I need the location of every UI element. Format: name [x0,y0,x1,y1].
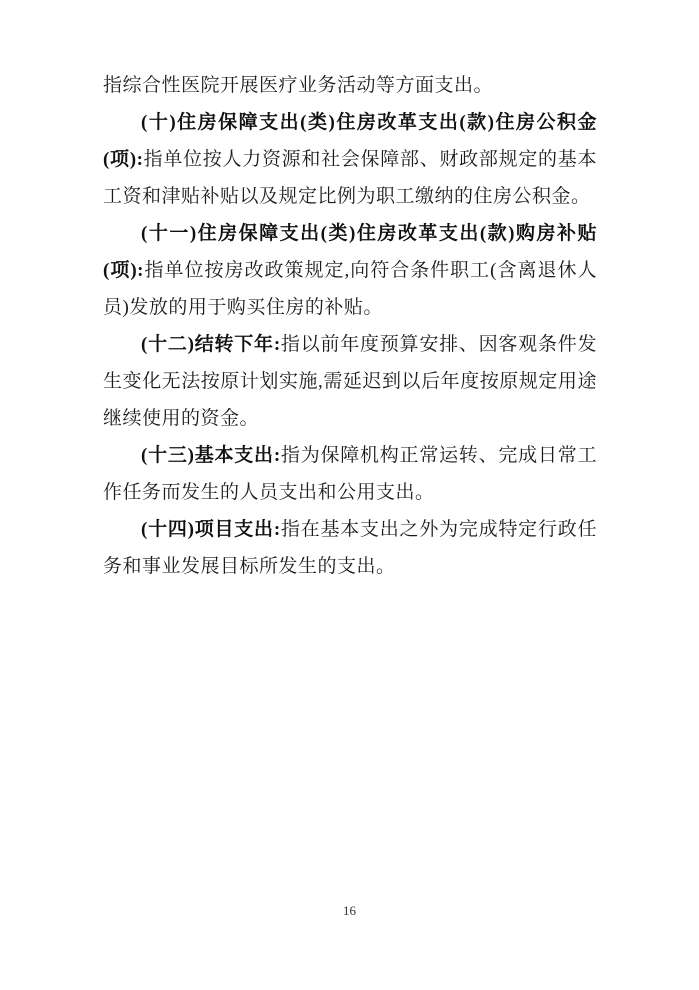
definition-text: 指单位按人力资源和社会保障部、财政部规定的基本工资和津贴补贴以及规定比例为职工缴… [103,149,597,207]
page-number: 16 [0,903,699,919]
term-label: (十三)基本支出: [141,445,281,466]
paragraph-item-11: (十一)住房保障支出(类)住房改革支出(款)购房补贴(项):指单位按房改政策规定… [103,215,597,326]
paragraph-continuation: 指综合性医院开展医疗业务活动等方面支出。 [103,67,597,104]
definition-text: 指单位按房改政策规定,向符合条件职工(含离退休人员)发放的用于购买住房的补贴。 [103,260,597,318]
term-label: (十四)项目支出: [141,519,281,540]
paragraph-item-12: (十二)结转下年:指以前年度预算安排、因客观条件发生变化无法按原计划实施,需延迟… [103,326,597,437]
document-page: 指综合性医院开展医疗业务活动等方面支出。(十)住房保障支出(类)住房改革支出(款… [0,0,699,990]
paragraph-item-14: (十四)项目支出:指在基本支出之外为完成特定行政任务和事业发展目标所发生的支出。 [103,511,597,585]
definition-text: 指综合性医院开展医疗业务活动等方面支出。 [103,75,493,96]
paragraph-item-10: (十)住房保障支出(类)住房改革支出(款)住房公积金(项):指单位按人力资源和社… [103,104,597,215]
document-body: 指综合性医院开展医疗业务活动等方面支出。(十)住房保障支出(类)住房改革支出(款… [103,67,597,585]
term-label: (十二)结转下年: [141,334,281,355]
paragraph-item-13: (十三)基本支出:指为保障机构正常运转、完成日常工作任务而发生的人员支出和公用支… [103,437,597,511]
